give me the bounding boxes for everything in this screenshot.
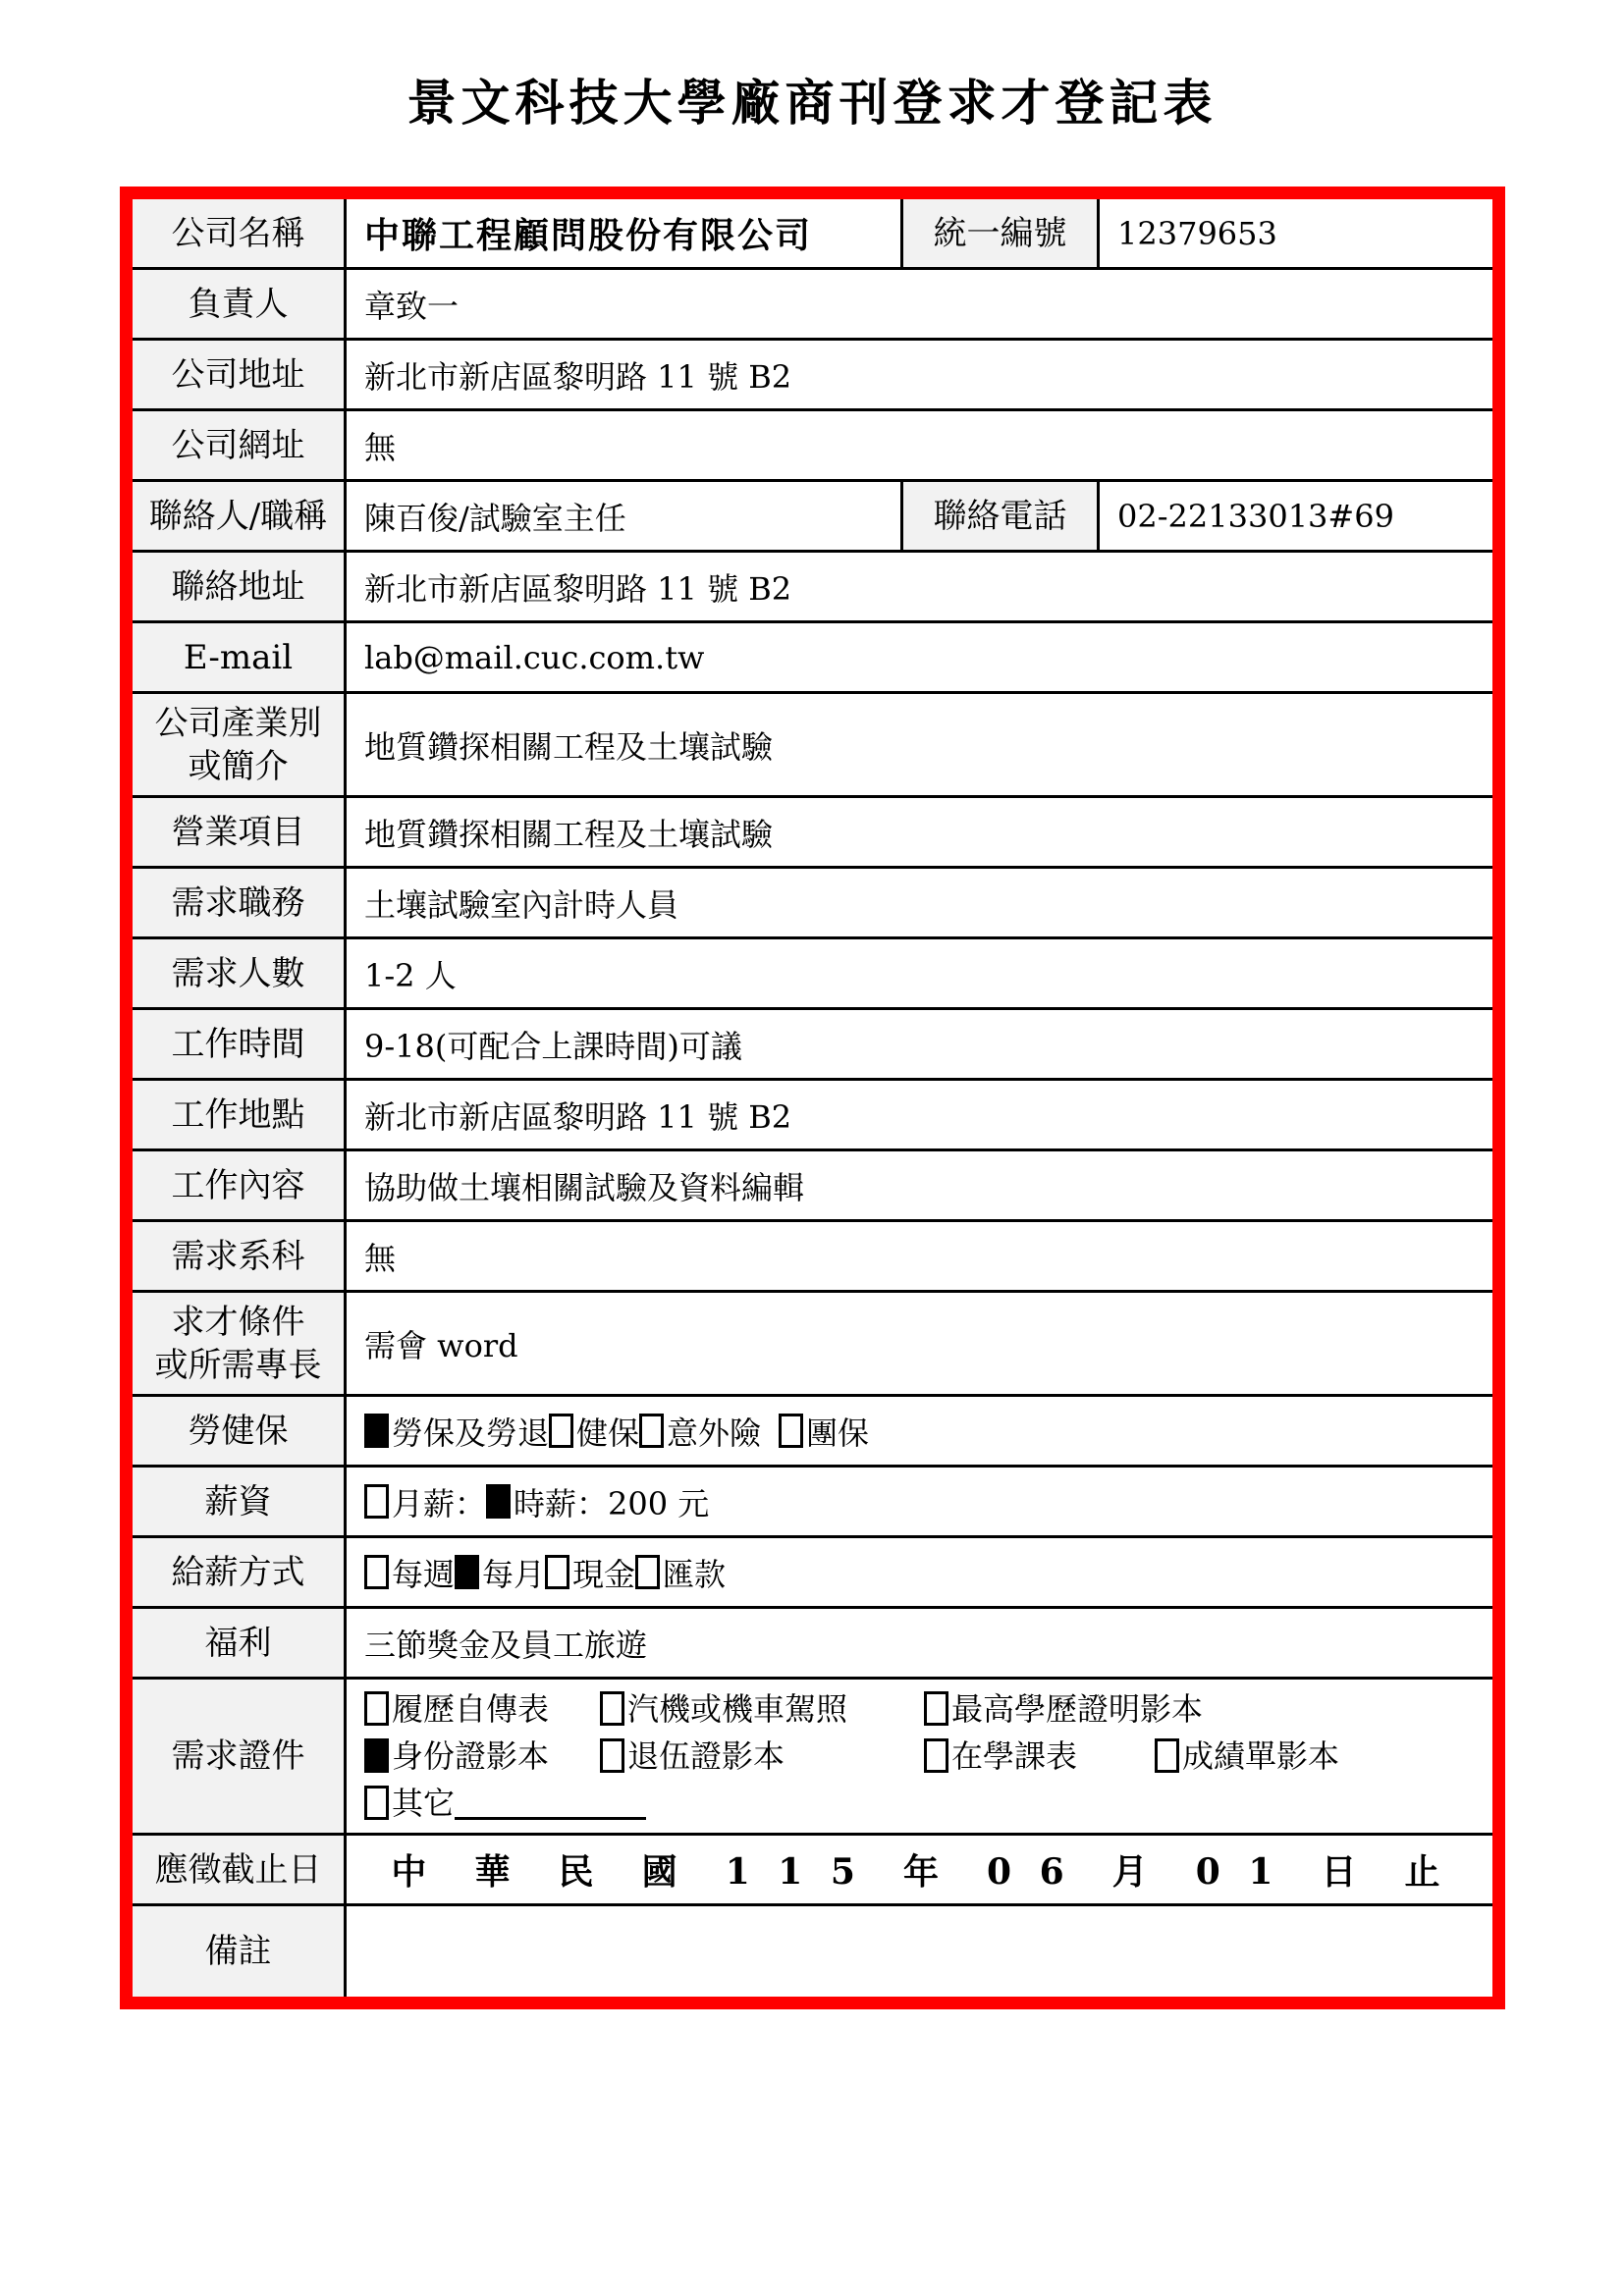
row-value: 新北市新店區黎明路 11 號 B2 (347, 341, 1492, 408)
checkbox-item: 其它 (364, 1780, 646, 1827)
checkbox-label: 成績單影本 (1182, 1737, 1339, 1775)
checkbox-filled-icon (364, 1738, 389, 1773)
form-row: 備註 (133, 1906, 1492, 1997)
checkbox-item: 在學課表 (924, 1733, 1155, 1780)
checkbox-item: 身份證影本 (364, 1733, 600, 1780)
row-label: E-mail (133, 623, 347, 691)
checkbox-label: 意外險 (667, 1409, 761, 1454)
row-value: 新北市新店區黎明路 11 號 B2 (347, 553, 1492, 620)
checkbox-item: 退伍證影本 (600, 1733, 924, 1780)
checkbox-label: 勞保及勞退 (392, 1409, 549, 1454)
row-label: 需求人數 (133, 939, 347, 1007)
row-subvalue: 12379653 (1100, 199, 1492, 267)
form-row: 公司地址新北市新店區黎明路 11 號 B2 (133, 341, 1492, 411)
checkbox-label: 團保 (806, 1409, 869, 1454)
checkbox-empty-icon (364, 1555, 389, 1589)
row-label: 公司地址 (133, 341, 347, 408)
row-label: 薪資 (133, 1468, 347, 1535)
form-row: 聯絡地址新北市新店區黎明路 11 號 B2 (133, 553, 1492, 623)
checkbox-empty-icon (364, 1691, 389, 1726)
form-row: 需求系科無 (133, 1222, 1492, 1293)
checkbox-label: 汽機或機車駕照 (627, 1690, 847, 1728)
form-row: 負責人章致一 (133, 270, 1492, 341)
checkbox-label: 現金 (572, 1550, 635, 1595)
row-value: 陳百俊/試驗室主任 (347, 482, 903, 550)
checkbox-empty-icon (635, 1555, 660, 1589)
row-value: 中 華 民 國 1 1 5 年 0 6 月 0 1 日 止 (347, 1836, 1492, 1903)
row-value: 每週每月現金匯款 (347, 1538, 1492, 1606)
row-value: 無 (347, 1222, 1492, 1290)
row-value: 中聯工程顧問股份有限公司 (347, 199, 903, 267)
row-value: 月薪：時薪：200 元 (347, 1468, 1492, 1535)
row-sublabel: 聯絡電話 (903, 482, 1100, 550)
row-value: 1-2 人 (347, 939, 1492, 1007)
row-label: 負責人 (133, 270, 347, 338)
checkbox-empty-icon (364, 1484, 389, 1519)
checkbox-empty-icon (779, 1414, 803, 1448)
checkbox-label: 健保 (576, 1409, 639, 1454)
form-row: E-maillab@mail.cuc.com.tw (133, 623, 1492, 694)
row-label: 工作內容 (133, 1151, 347, 1219)
row-subvalue: 02-22133013#69 (1100, 482, 1492, 550)
row-label: 求才條件 或所需專長 (133, 1293, 347, 1394)
row-label: 聯絡地址 (133, 553, 347, 620)
checkbox-item: 成績單影本 (1155, 1733, 1339, 1780)
row-value: 地質鑽探相關工程及土壤試驗 (347, 694, 1492, 795)
checkbox-label: 退伍證影本 (627, 1737, 785, 1775)
form-row: 工作時間9-18(可配合上課時間)可議 (133, 1010, 1492, 1081)
checkbox-filled-icon (486, 1484, 511, 1519)
row-value: 地質鑽探相關工程及土壤試驗 (347, 798, 1492, 866)
checkbox-item: 汽機或機車駕照 (600, 1685, 924, 1733)
checkbox-line: 身份證影本退伍證影本在學課表成績單影本 (364, 1733, 1339, 1780)
row-label: 公司產業別 或簡介 (133, 694, 347, 795)
form-row: 薪資月薪：時薪：200 元 (133, 1468, 1492, 1538)
checkbox-item: 最高學歷證明影本 (924, 1685, 1203, 1733)
checkbox-label: 月薪： (392, 1479, 486, 1524)
checkbox-empty-icon (600, 1738, 624, 1773)
checkbox-empty-icon (364, 1786, 389, 1820)
form-row: 公司產業別 或簡介地質鑽探相關工程及土壤試驗 (133, 694, 1492, 798)
checkbox-empty-icon (1155, 1738, 1179, 1773)
checkbox-empty-icon (639, 1414, 664, 1448)
row-label: 應徵截止日 (133, 1836, 347, 1903)
checkbox-label: 每月 (482, 1550, 545, 1595)
row-value: 需會 word (347, 1293, 1492, 1394)
form-row: 應徵截止日中 華 民 國 1 1 5 年 0 6 月 0 1 日 止 (133, 1836, 1492, 1906)
row-label: 公司名稱 (133, 199, 347, 267)
checkbox-label: 最高學歷證明影本 (951, 1690, 1203, 1728)
form-row: 工作地點新北市新店區黎明路 11 號 B2 (133, 1081, 1492, 1151)
checkbox-empty-icon (549, 1414, 573, 1448)
row-label: 聯絡人/職稱 (133, 482, 347, 550)
checkbox-label: 身份證影本 (392, 1737, 549, 1775)
form-row: 求才條件 或所需專長需會 word (133, 1293, 1492, 1397)
checkbox-empty-icon (545, 1555, 569, 1589)
form-row: 需求人數1-2 人 (133, 939, 1492, 1010)
form-row: 福利三節獎金及員工旅遊 (133, 1609, 1492, 1680)
row-label: 公司網址 (133, 411, 347, 479)
checkbox-label: 其它 (392, 1785, 455, 1822)
form-row: 需求證件履歷自傳表汽機或機車駕照最高學歷證明影本身份證影本退伍證影本在學課表成績… (133, 1680, 1492, 1836)
checkbox-item: 履歷自傳表 (364, 1685, 600, 1733)
checkbox-filled-icon (455, 1555, 479, 1589)
row-value (347, 1906, 1492, 1997)
form-row: 工作內容協助做土壤相關試驗及資料編輯 (133, 1151, 1492, 1222)
blank-line (455, 1789, 646, 1820)
row-value: 章致一 (347, 270, 1492, 338)
row-value: 9-18(可配合上課時間)可議 (347, 1010, 1492, 1078)
form-row: 營業項目地質鑽探相關工程及土壤試驗 (133, 798, 1492, 869)
checkbox-line: 其它 (364, 1780, 646, 1827)
form-table: 公司名稱中聯工程顧問股份有限公司統一編號12379653負責人章致一公司地址新北… (120, 187, 1505, 2009)
form-row: 公司網址無 (133, 411, 1492, 482)
row-label: 需求職務 (133, 869, 347, 936)
row-label: 需求證件 (133, 1680, 347, 1833)
form-row: 給薪方式每週每月現金匯款 (133, 1538, 1492, 1609)
form-row: 公司名稱中聯工程顧問股份有限公司統一編號12379653 (133, 199, 1492, 270)
form-row: 勞健保勞保及勞退健保意外險團保 (133, 1397, 1492, 1468)
checkbox-label: 在學課表 (951, 1737, 1077, 1775)
row-value: 土壤試驗室內計時人員 (347, 869, 1492, 936)
checkbox-label: 履歷自傳表 (392, 1690, 549, 1728)
row-label: 福利 (133, 1609, 347, 1677)
row-label: 需求系科 (133, 1222, 347, 1290)
row-sublabel: 統一編號 (903, 199, 1100, 267)
form-row: 聯絡人/職稱陳百俊/試驗室主任聯絡電話02-22133013#69 (133, 482, 1492, 553)
checkbox-empty-icon (924, 1738, 948, 1773)
row-value: lab@mail.cuc.com.tw (347, 623, 1492, 691)
row-value: 新北市新店區黎明路 11 號 B2 (347, 1081, 1492, 1148)
row-value: 履歷自傳表汽機或機車駕照最高學歷證明影本身份證影本退伍證影本在學課表成績單影本其… (347, 1680, 1492, 1833)
checkbox-filled-icon (364, 1414, 389, 1448)
checkbox-label: 每週 (392, 1550, 455, 1595)
row-label: 工作地點 (133, 1081, 347, 1148)
row-label: 營業項目 (133, 798, 347, 866)
row-value: 勞保及勞退健保意外險團保 (347, 1397, 1492, 1465)
checkbox-label: 匯款 (663, 1550, 726, 1595)
row-value: 協助做土壤相關試驗及資料編輯 (347, 1151, 1492, 1219)
row-label: 給薪方式 (133, 1538, 347, 1606)
row-value: 三節獎金及員工旅遊 (347, 1609, 1492, 1677)
form-row: 需求職務土壤試驗室內計時人員 (133, 869, 1492, 939)
checkbox-line: 履歷自傳表汽機或機車駕照最高學歷證明影本 (364, 1685, 1203, 1733)
checkbox-empty-icon (600, 1691, 624, 1726)
row-label: 勞健保 (133, 1397, 347, 1465)
checkbox-empty-icon (924, 1691, 948, 1726)
page-title: 景文科技大學廠商刊登求才登記表 (0, 69, 1624, 137)
row-value: 無 (347, 411, 1492, 479)
row-label: 工作時間 (133, 1010, 347, 1078)
checkbox-label: 時薪：200 元 (514, 1479, 709, 1524)
row-label: 備註 (133, 1906, 347, 1997)
